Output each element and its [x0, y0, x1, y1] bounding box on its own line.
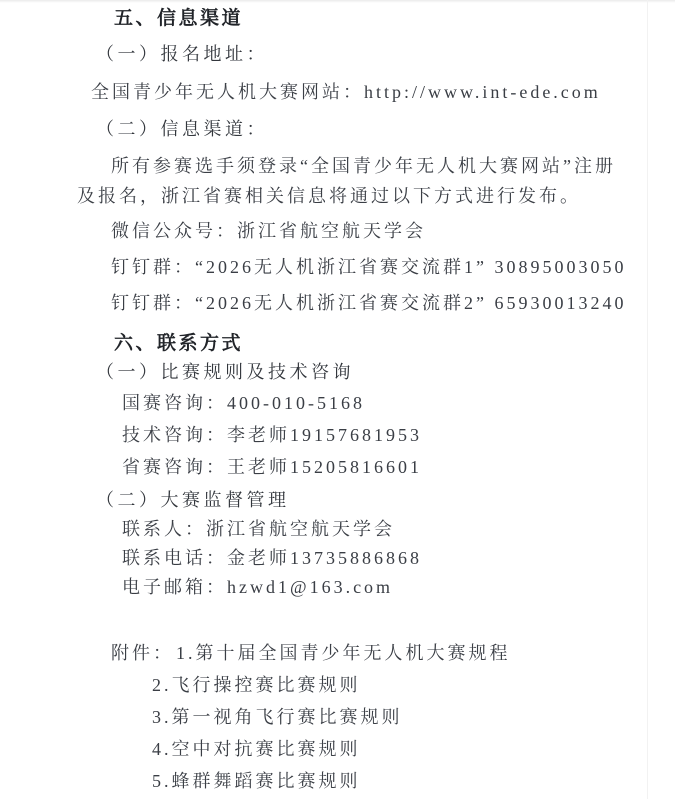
page-right-edge [647, 0, 648, 799]
page-top-edge [0, 0, 675, 3]
attachment-item: 5.蜂群舞蹈赛比赛规则 [152, 771, 361, 792]
paragraph-line-1: 所有参赛选手须登录“全国青少年无人机大赛网站”注册 [111, 156, 616, 177]
contact-email-line: 电子邮箱：hzwd1@163.com [122, 577, 393, 598]
contact-person-line: 联系人：浙江省航空航天学会 [122, 519, 395, 540]
sub-heading-supervision: （二）大赛监督管理 [96, 490, 290, 511]
sub-heading-registration-address: （一）报名地址： [96, 44, 268, 65]
attachment-item: 4.空中对抗赛比赛规则 [152, 739, 361, 760]
sub-heading-info-channel: （二）信息渠道： [96, 119, 268, 140]
sub-heading-rules-consult: （一）比赛规则及技术咨询 [96, 362, 354, 383]
contact-phone-line: 联系电话：金老师13735886868 [122, 548, 422, 569]
tech-consult-line: 技术咨询：李老师19157681953 [122, 425, 422, 446]
provincial-consult-line: 省赛咨询：王老师15205816601 [122, 457, 422, 478]
attachment-item: 2.飞行操控赛比赛规则 [152, 675, 361, 696]
attachment-item: 1.第十届全国青少年无人机大赛规程 [176, 643, 511, 663]
section5-heading: 五、信息渠道 [114, 8, 243, 29]
section6-heading: 六、联系方式 [114, 333, 243, 354]
dingtalk-group-line-1: 钉钉群：“2026无人机浙江省赛交流群1” 30895003050 [111, 257, 626, 278]
attachments-line: 附件：1.第十届全国青少年无人机大赛规程 [111, 643, 511, 664]
wechat-account-line: 微信公众号：浙江省航空航天学会 [111, 221, 426, 242]
document-page: 五、信息渠道 （一）报名地址： 全国青少年无人机大赛网站：http://www.… [0, 0, 675, 799]
registration-site-line: 全国青少年无人机大赛网站：http://www.int-ede.com [91, 82, 601, 103]
attachment-item: 3.第一视角飞行赛比赛规则 [152, 707, 403, 728]
national-consult-line: 国赛咨询：400-010-5168 [122, 393, 365, 414]
dingtalk-group-line-2: 钉钉群：“2026无人机浙江省赛交流群2” 65930013240 [111, 293, 626, 314]
attachments-label: 附件： [111, 643, 174, 663]
paragraph-line-2: 及报名，浙江省赛相关信息将通过以下方式进行发布。 [77, 186, 581, 207]
